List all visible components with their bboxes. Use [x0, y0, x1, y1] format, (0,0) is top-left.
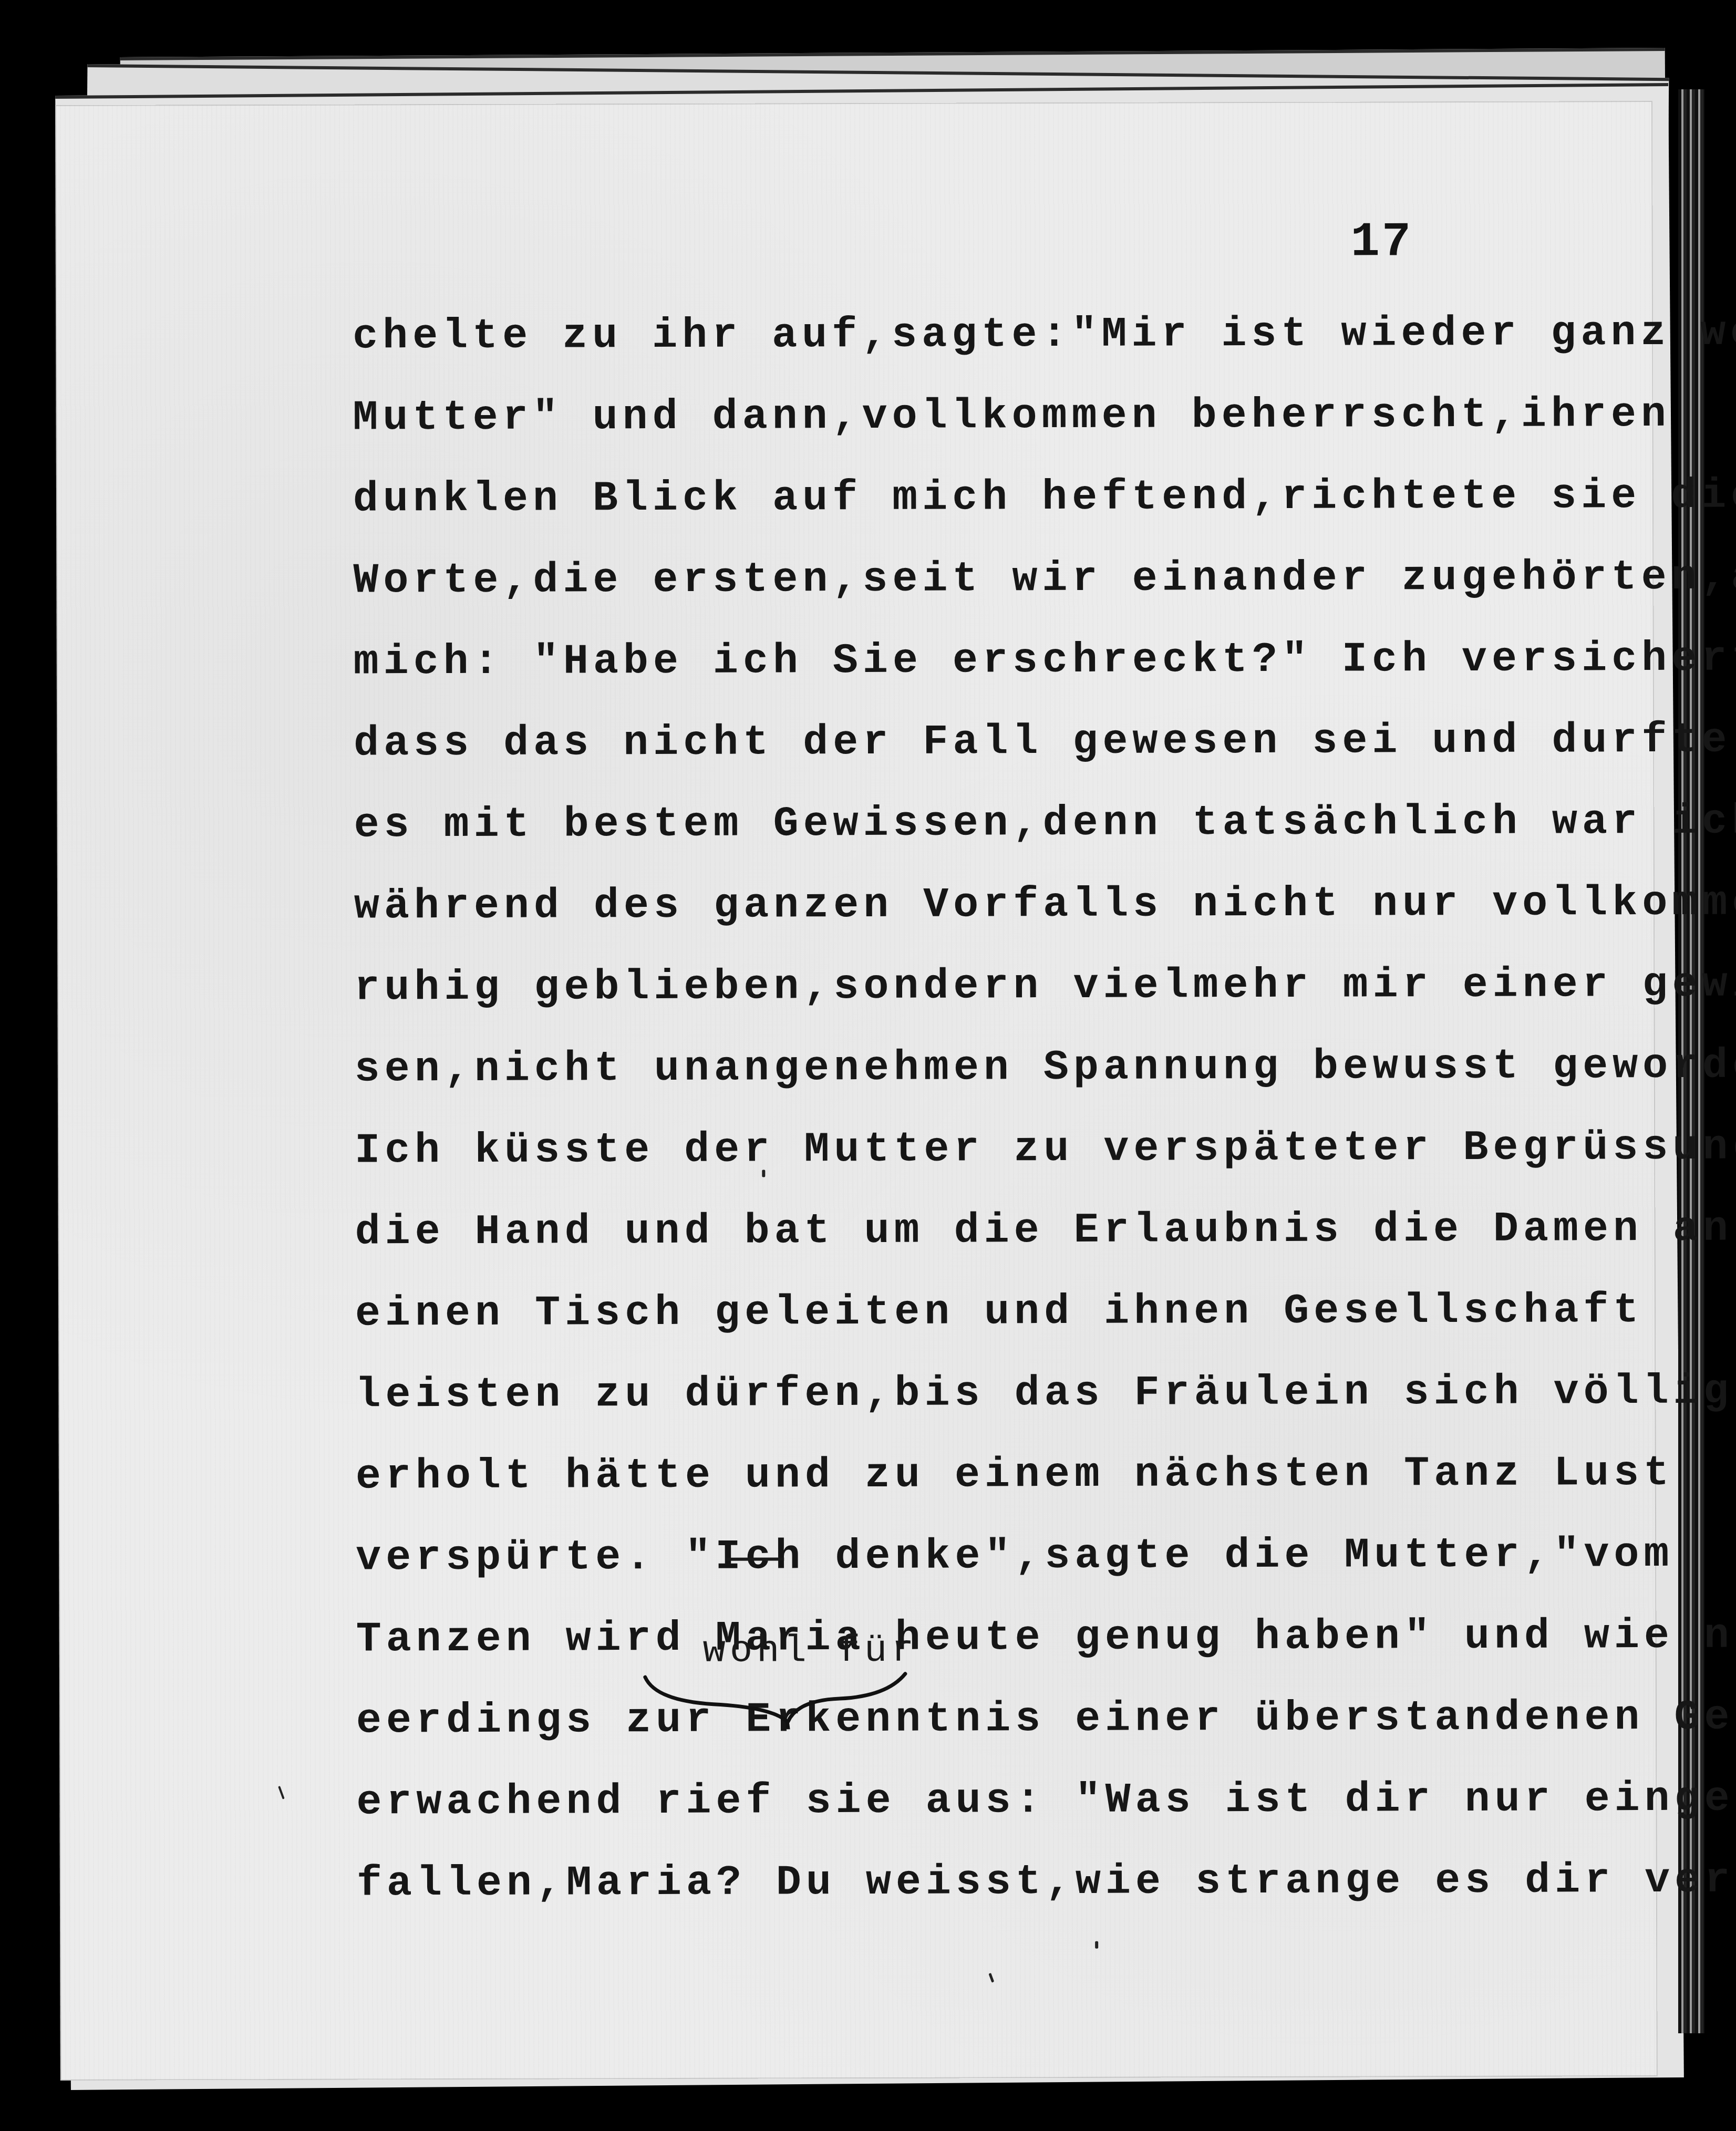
text-line: Tanzen wird Maria heute genug haben" und… — [356, 1596, 1643, 1680]
text-line: Worte,die ersten,seit wir einander zugeh… — [353, 537, 1640, 622]
text-line: dunklen Blick auf mich heftend,richtete … — [353, 456, 1640, 540]
text-line: einen Tisch geleiten und ihnen Gesellsch… — [355, 1270, 1642, 1354]
interlinear-insertion: wohl für — [703, 1629, 918, 1673]
text-line: erwachend rief sie aus: "Was ist dir nur… — [356, 1758, 1644, 1843]
text-line: es mit bestem Gewissen,denn tatsächlich … — [354, 781, 1641, 866]
strikethrough-mark — [726, 1557, 784, 1560]
body-text: chelte zu ihr auf,sagte:"Mir ist wieder … — [353, 293, 1644, 1925]
text-line: dass das nicht der Fall gewesen sei und … — [354, 700, 1641, 784]
text-line: sen,nicht unangenehmen Spannung bewusst … — [355, 1026, 1642, 1110]
text-line: ruhig geblieben,sondern vielmehr mir ein… — [354, 944, 1641, 1029]
text-line: leisten zu dürfen,bis das Fräulein sich … — [355, 1351, 1642, 1436]
text-line: Ich küsste der Mutter zu verspäteter Beg… — [355, 1107, 1642, 1192]
text-line: fallen,Maria? Du weisst,wie strange es d… — [357, 1840, 1644, 1925]
page-number: 17 — [1351, 214, 1413, 270]
text-line: Mutter" und dann,vollkommen beherrscht,i… — [353, 374, 1640, 459]
scan-speck — [1095, 1941, 1098, 1949]
text-line: die Hand und bat um die Erlaubnis die Da… — [355, 1188, 1642, 1273]
text-line: erholt hätte und zu einem nächsten Tanz … — [356, 1433, 1643, 1517]
text-line: eerdings zur Erkenntnis einer überstande… — [356, 1677, 1644, 1762]
text-line: mich: "Habe ich Sie erschreckt?" Ich ver… — [354, 618, 1641, 703]
text-line: verspürte. "Ich denke",sagte die Mutter,… — [356, 1514, 1643, 1599]
insertion-caret-icon — [640, 1671, 913, 1730]
text-line: während des ganzen Vorfalls nicht nur vo… — [354, 863, 1641, 947]
scan-speck — [762, 1170, 765, 1177]
text-line: chelte zu ihr auf,sagte:"Mir ist wieder … — [353, 293, 1640, 377]
typewritten-page: 17 chelte zu ihr auf,sagte:"Mir ist wied… — [55, 101, 1658, 2081]
scan-speck — [278, 1786, 285, 1799]
scan-speck — [988, 1973, 994, 1983]
